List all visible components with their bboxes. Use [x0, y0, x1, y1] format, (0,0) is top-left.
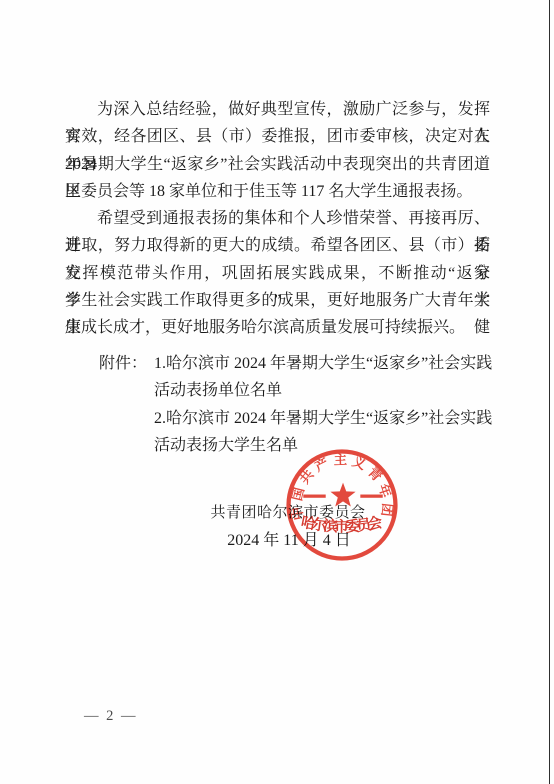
- text-line: 发挥模范带头作用，巩固拓展实践成果，不断推动“返家乡”大: [65, 260, 490, 287]
- document-page: 为深入总结经验，做好典型宣传，激励广泛参与，发挥育人 实效，经各团区、县（市）委…: [0, 0, 554, 784]
- text-line: 年暑期大学生“返家乡”社会实践活动中表现突出的共青团道里: [65, 151, 490, 178]
- signature-date: 2024 年 11 月 4 日: [0, 527, 554, 554]
- attachment-list: 1.哈尔滨市 2024 年暑期大学生“返家乡”社会实践 活动表扬单位名单 2.哈…: [154, 350, 492, 459]
- attachment-label: 附件：: [99, 350, 147, 377]
- attachment-item-line: 活动表扬大学生名单: [154, 432, 492, 459]
- attachment-block: 附件： 1.哈尔滨市 2024 年暑期大学生“返家乡”社会实践 活动表扬单位名单…: [99, 350, 492, 459]
- text-line: 康成长成才，更好地服务哈尔滨高质量发展可持续振兴。: [65, 314, 490, 341]
- attachment-item-line: 活动表扬单位名单: [154, 377, 492, 404]
- text-line: 为深入总结经验，做好典型宣传，激励广泛参与，发挥育人: [65, 96, 490, 123]
- signature-organization: 共青团哈尔滨市委员会: [0, 500, 554, 527]
- seal-right-bar: [360, 495, 382, 498]
- text-line: 区委员会等 18 家单位和于佳玉等 117 名大学生通报表扬。: [65, 178, 490, 205]
- text-line: 实效，经各团区、县（市）委推报，团市委审核，决定对在 2024: [65, 123, 490, 150]
- attachment-item-line: 1.哈尔滨市 2024 年暑期大学生“返家乡”社会实践: [154, 350, 492, 377]
- text-line: 进取，努力取得新的更大的成绩。希望各团区、县（市）委充分: [65, 232, 490, 259]
- signature-block: 共青团哈尔滨市委员会 2024 年 11 月 4 日: [0, 500, 554, 554]
- document-body: 为深入总结经验，做好典型宣传，激励广泛参与，发挥育人 实效，经各团区、县（市）委…: [65, 96, 490, 342]
- text-line: 学生社会实践工作取得更多的成果，更好地服务广大青年学生健: [65, 287, 490, 314]
- page-number: — 2 —: [84, 708, 138, 725]
- seal-left-bar: [303, 495, 325, 498]
- text-line: 希望受到通报表扬的集体和个人珍惜荣誉、再接再厉、开拓: [65, 205, 490, 232]
- attachment-item-line: 2.哈尔滨市 2024 年暑期大学生“返家乡”社会实践: [154, 405, 492, 432]
- scan-edge-line: [549, 0, 550, 784]
